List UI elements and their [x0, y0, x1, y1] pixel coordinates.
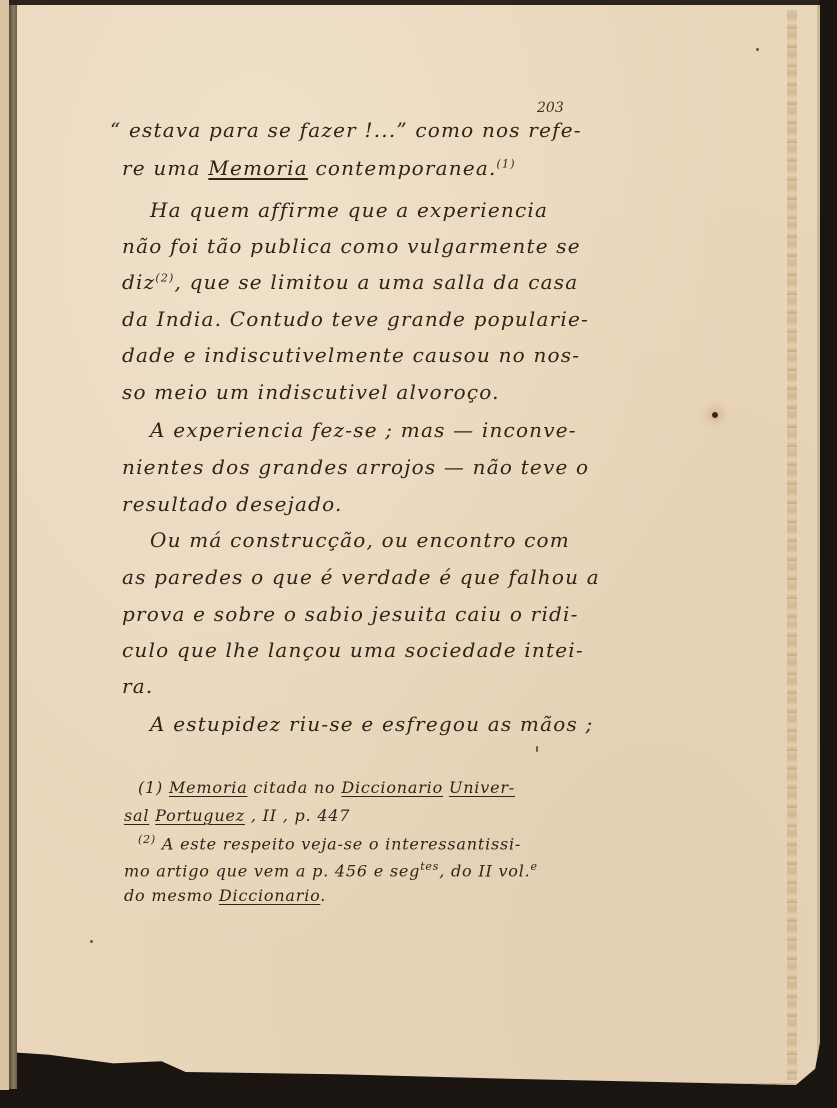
- page-top-edge: [9, 0, 819, 5]
- body-line-15: culo que lhe lançou uma sociedade intei-: [122, 638, 584, 662]
- body-line-2: re uma Memoria contemporanea.(1): [122, 156, 516, 180]
- text-run: , II , p. 447: [245, 806, 350, 825]
- text-run: A este respeito veja-se o interessantiss…: [156, 834, 521, 853]
- body-line-4: não foi tão publica como vulgarmente se: [122, 234, 581, 258]
- underlined-word: Memoria: [169, 778, 248, 797]
- footnote-1-line-1: (1) Memoria citada no Diccionario Univer…: [138, 778, 515, 797]
- superscript: e: [531, 860, 538, 873]
- body-line-7: dade e indiscutivelmente causou no nos-: [122, 343, 580, 367]
- body-line-16: ra.: [122, 674, 153, 698]
- text-run: , que se limitou a uma salla da casa: [175, 270, 579, 294]
- footnote-ref-1: (1): [497, 157, 516, 170]
- paper-speck: [90, 940, 93, 943]
- body-line-11: resultado desejado.: [122, 492, 343, 516]
- body-line-3: Ha quem affirme que a experiencia: [150, 198, 548, 222]
- facing-page-edge: [0, 0, 9, 1090]
- page-number: 203: [537, 100, 564, 116]
- text-run: contemporanea.: [308, 156, 497, 180]
- text-run: , do II vol.: [439, 861, 530, 880]
- body-line-6: da India. Contudo teve grande popularie-: [122, 307, 589, 331]
- underlined-word: Diccionario: [341, 778, 443, 797]
- text-run: citada no: [248, 778, 342, 797]
- text-run: .: [320, 886, 326, 905]
- footnote-marker: (1): [138, 778, 163, 797]
- body-line-17: A estupidez riu-se e esfregou as mãos ;: [150, 712, 593, 736]
- text-run: re uma: [122, 156, 208, 180]
- underlined-word: Univer-: [449, 778, 515, 797]
- body-line-5: diz(2), que se limitou a uma salla da ca…: [122, 270, 578, 294]
- underlined-memoria: Memoria: [208, 156, 308, 180]
- scanned-manuscript: 203 “ estava para se fazer !...” como no…: [0, 0, 837, 1108]
- body-line-14: prova e sobre o sabio jesuita caiu o rid…: [122, 602, 579, 626]
- body-line-13: as paredes o que é verdade é que falhou …: [122, 565, 600, 589]
- underlined-word: sal: [124, 806, 149, 825]
- body-line-9: A experiencia fez-se ; mas — inconve-: [150, 418, 577, 442]
- footnote-1-line-2: sal Portuguez , II , p. 447: [124, 806, 350, 825]
- underlined-word: Portuguez: [155, 806, 245, 825]
- footnote-2-line-3: do mesmo Diccionario.: [124, 886, 326, 905]
- underlined-word: Diccionario: [219, 886, 320, 905]
- paper-speck: [536, 746, 538, 752]
- text-run: diz: [122, 270, 155, 294]
- deckled-right-edge: [787, 10, 797, 1080]
- text-run: do mesmo: [124, 886, 219, 905]
- book-gutter: [9, 4, 17, 1089]
- body-line-1: “ estava para se fazer !...” como nos re…: [110, 118, 582, 142]
- body-line-12: Ou má construcção, ou encontro com: [150, 528, 570, 552]
- body-line-10: nientes dos grandes arrojos — não teve o: [122, 455, 589, 479]
- footnote-marker: (2): [138, 833, 156, 846]
- superscript: tes: [420, 860, 439, 873]
- footnote-ref-2: (2): [155, 271, 174, 284]
- footnote-2-line-2: mo artigo que vem a p. 456 e segtes, do …: [124, 860, 538, 880]
- paper-speck: [756, 48, 759, 51]
- footnote-2-line-1: (2) A este respeito veja-se o interessan…: [138, 833, 521, 853]
- body-line-8: so meio um indiscutivel alvoroço.: [122, 380, 500, 404]
- ink-stain: [712, 412, 718, 418]
- text-run: mo artigo que vem a p. 456 e seg: [124, 861, 420, 880]
